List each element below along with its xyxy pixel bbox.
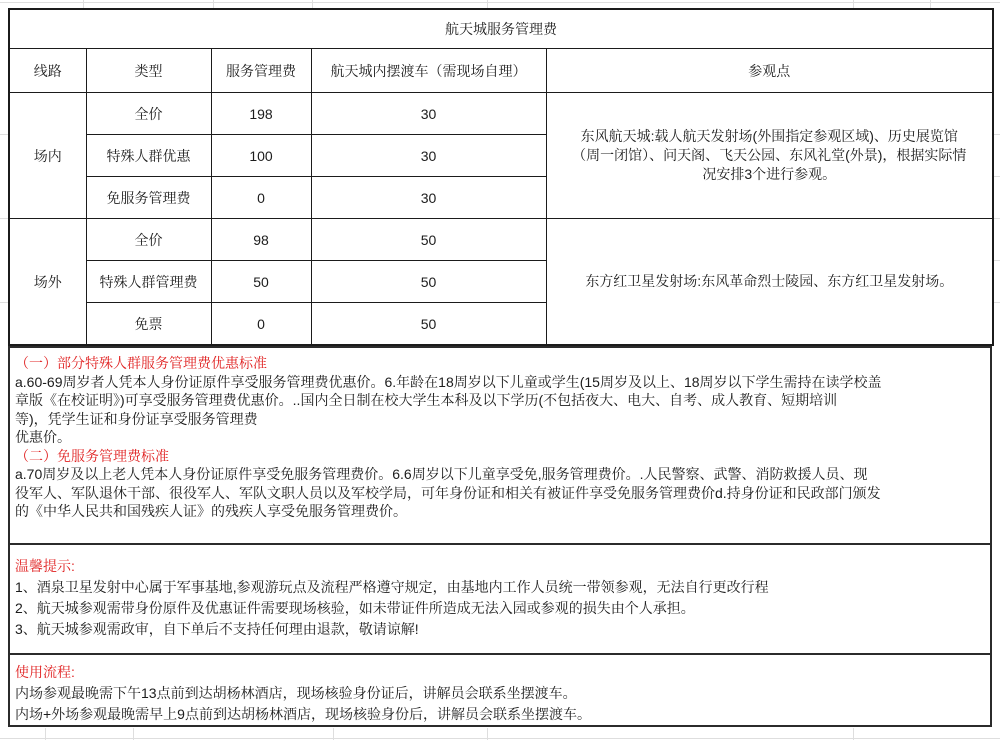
type-cell: 特殊人群管理费 (86, 261, 211, 303)
gridline (133, 728, 134, 740)
fee-cell: 0 (211, 177, 311, 219)
fee-cell: 50 (211, 261, 311, 303)
gridline (853, 0, 854, 8)
gridline (45, 728, 46, 740)
gridline (930, 0, 931, 8)
fee-cell: 100 (211, 135, 311, 177)
table-row: 场外 全价 98 50 东方红卫星发射场:东风革命烈士陵园、东方红卫星发射场。 (9, 219, 993, 261)
section2-heading: （二）免服务管理费标准 (15, 447, 980, 466)
shuttle-cell: 50 (311, 303, 546, 346)
table-row: 场内 全价 198 30 东风航天城:载人航天发射场(外围指定参观区域)、历史展… (9, 93, 993, 135)
notes-panel: （一）部分特殊人群服务管理费优惠标准 a.60-69周岁者人凭本人身份证原件享受… (8, 346, 992, 727)
gridline (487, 0, 488, 8)
gridline (333, 728, 334, 740)
section2-body: a.70周岁及以上老人凭本人身份证原件享受免服务管理费价。6.6周岁以下儿童享受… (15, 465, 980, 521)
fee-cell: 98 (211, 219, 311, 261)
page-title: 航天城服务管理费 (9, 9, 993, 49)
table-header-row: 线路 类型 服务管理费 航天城内摆渡车（需现场自理） 参观点 (9, 49, 993, 93)
spreadsheet-page: { "title": "航天城服务管理费", "table": { "heade… (0, 0, 1000, 740)
usage-line: 内场+外场参观最晚需早上9点前到达胡杨林酒店，现场核验身份后，讲解员会联系坐摆渡… (15, 704, 980, 725)
type-cell: 特殊人群优惠 (86, 135, 211, 177)
shuttle-cell: 30 (311, 93, 546, 135)
type-cell: 免票 (86, 303, 211, 346)
spots-cell-inside: 东风航天城:载人航天发射场(外围指定参观区域)、历史展览馆 （周一闭馆）、问天阁… (546, 93, 993, 219)
gridline (0, 2, 1000, 3)
gridline (213, 0, 214, 8)
shuttle-cell: 30 (311, 135, 546, 177)
tips-line: 1、酒泉卫星发射中心属于军事基地,参观游玩点及流程严格遵守规定，由基地内工作人员… (15, 577, 980, 598)
table-title-row: 航天城服务管理费 (9, 9, 993, 49)
fee-cell: 0 (211, 303, 311, 346)
col-header-shuttle: 航天城内摆渡车（需现场自理） (311, 49, 546, 93)
shuttle-cell: 50 (311, 261, 546, 303)
tips-section: 温馨提示: 1、酒泉卫星发射中心属于军事基地,参观游玩点及流程严格遵守规定，由基… (10, 543, 990, 653)
gridline (487, 728, 488, 740)
section1-heading: （一）部分特殊人群服务管理费优惠标准 (15, 354, 980, 373)
spots-cell-outside: 东方红卫星发射场:东风革命烈士陵园、东方红卫星发射场。 (546, 219, 993, 346)
fee-cell: 198 (211, 93, 311, 135)
section1-body: a.60-69周岁者人凭本人身份证原件享受服务管理费优惠价。6.年龄在18周岁以… (15, 373, 980, 447)
shuttle-cell: 30 (311, 177, 546, 219)
usage-heading: 使用流程: (15, 662, 980, 683)
gridline (853, 728, 854, 740)
route-cell-outside: 场外 (9, 219, 86, 346)
tips-line: 3、航天城参观需政审，自下单后不支持任何理由退款，敬请谅解! (15, 619, 980, 640)
discount-standards-section: （一）部分特殊人群服务管理费优惠标准 a.60-69周岁者人凭本人身份证原件享受… (10, 348, 990, 543)
usage-line: 内场参观最晚需下午13点前到达胡杨林酒店，现场核验身份证后，讲解员会联系坐摆渡车… (15, 683, 980, 704)
type-cell: 免服务管理费 (86, 177, 211, 219)
fee-table: 航天城服务管理费 线路 类型 服务管理费 航天城内摆渡车（需现场自理） 参观点 … (8, 8, 994, 346)
col-header-fee: 服务管理费 (211, 49, 311, 93)
col-header-type: 类型 (86, 49, 211, 93)
type-cell: 全价 (86, 93, 211, 135)
gridline (0, 134, 8, 135)
route-cell-inside: 场内 (9, 93, 86, 219)
col-header-spots: 参观点 (546, 49, 993, 93)
usage-section: 使用流程: 内场参观最晚需下午13点前到达胡杨林酒店，现场核验身份证后，讲解员会… (10, 653, 990, 725)
type-cell: 全价 (86, 219, 211, 261)
gridline (0, 738, 1000, 739)
col-header-route: 线路 (9, 49, 86, 93)
tips-heading: 温馨提示: (15, 556, 980, 577)
gridline (83, 0, 84, 8)
shuttle-cell: 50 (311, 219, 546, 261)
gridline (0, 218, 8, 219)
gridline (312, 0, 313, 8)
gridline (0, 302, 8, 303)
tips-line: 2、航天城参观需带身份原件及优惠证件需要现场核验，如未带证件所造成无法入园或参观… (15, 598, 980, 619)
